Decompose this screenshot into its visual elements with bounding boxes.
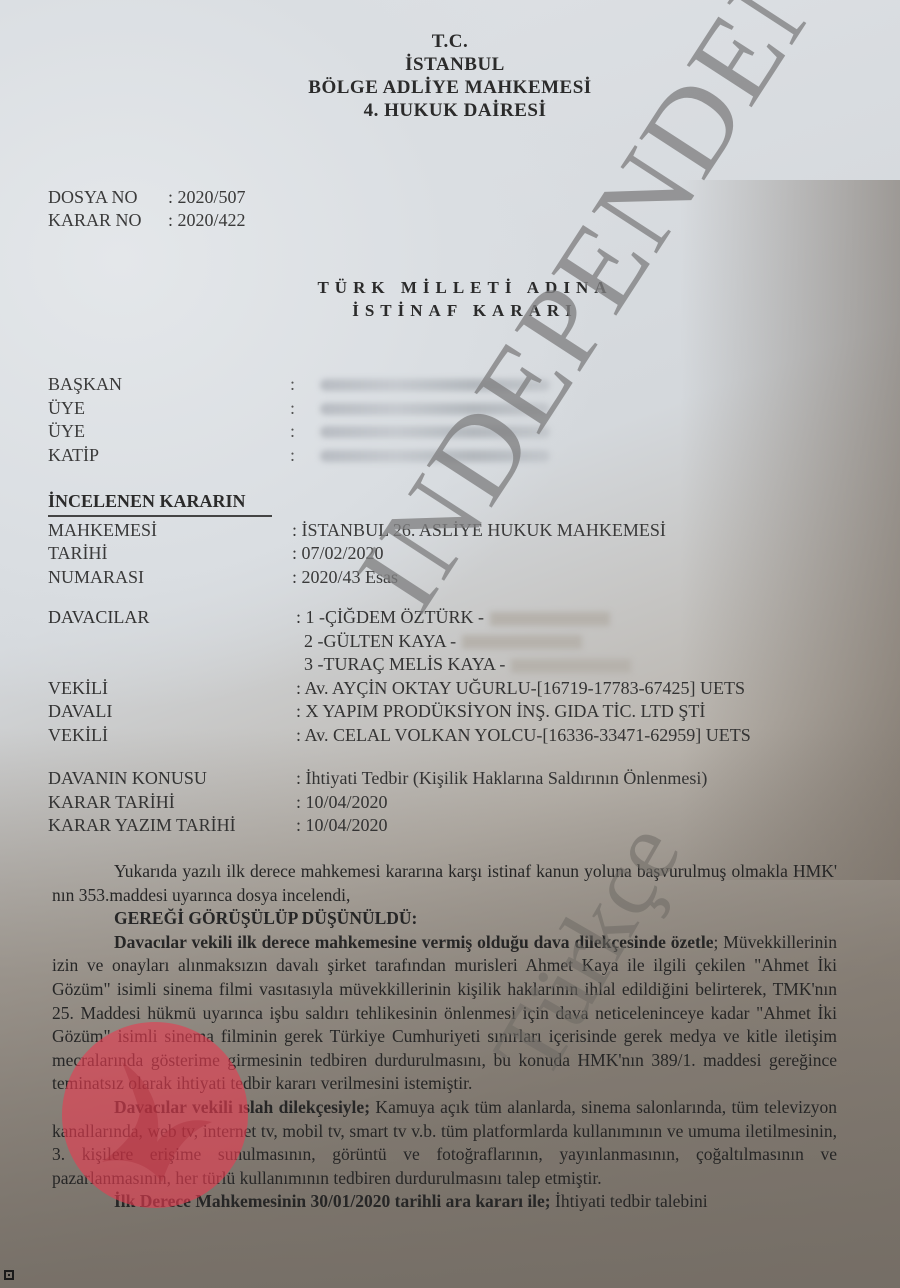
file-no-value: : 2020/507	[168, 186, 246, 209]
subject-row: KARAR TARİHİ : 10/04/2020	[48, 791, 707, 815]
paragraph-lead: Davacılar vekili ıslah dilekçesiyle;	[114, 1097, 370, 1117]
plaintiff-1: : 1 -ÇİĞDEM ÖZTÜRK -	[296, 606, 610, 630]
title-line-1: TÜRK MİLLETİ ADINA	[30, 276, 900, 299]
redacted-id	[462, 635, 582, 649]
panel-label: BAŞKAN	[48, 373, 290, 397]
body-paragraph-1: Yukarıda yazılı ilk derece mahkemesi kar…	[52, 860, 837, 907]
subject-label: KARAR YAZIM TARİHİ	[48, 814, 296, 838]
qr-corner-icon	[4, 1270, 14, 1280]
reviewed-label: TARİHİ	[48, 542, 292, 566]
reviewed-label: MAHKEMESİ	[48, 519, 292, 543]
reviewed-heading: İNCELENEN KARARIN	[48, 490, 272, 517]
plaintiffs-row: 2 -GÜLTEN KAYA -	[48, 630, 751, 654]
reviewed-row: MAHKEMESİ : İSTANBUL 26. ASLİYE HUKUK MA…	[48, 519, 666, 543]
redacted-name	[320, 403, 550, 415]
reviewed-row: TARİHİ : 07/02/2020	[48, 542, 666, 566]
plaintiff-name: 3 -TURAÇ MELİS KAYA -	[304, 654, 505, 674]
subject-row: KARAR YAZIM TARİHİ : 10/04/2020	[48, 814, 707, 838]
decision-title: TÜRK MİLLETİ ADINA İSTİNAF KARARI	[0, 276, 900, 322]
party-row: DAVALI : X YAPIM PRODÜKSİYON İNŞ. GIDA T…	[48, 700, 751, 724]
paragraph-lead: İlk Derece Mahkemesinin 30/01/2020 tarih…	[114, 1191, 551, 1211]
panel-colon: :	[290, 397, 320, 421]
paragraph-text: ; Müvekkillerinin izin ve onayları alınm…	[52, 932, 837, 1094]
subject-value: : 10/04/2020	[296, 791, 388, 815]
panel-label: ÜYE	[48, 420, 290, 444]
panel-row: ÜYE :	[48, 420, 550, 444]
panel-label: ÜYE	[48, 397, 290, 421]
plaintiff-3: 3 -TURAÇ MELİS KAYA -	[296, 653, 631, 677]
plaintiff-name: : 1 -ÇİĞDEM ÖZTÜRK -	[296, 607, 484, 627]
paragraph-text: İhtiyati tedbir talebini	[551, 1191, 708, 1211]
body-heading: GEREĞİ GÖRÜŞÜLÜP DÜŞÜNÜLDÜ:	[52, 907, 837, 931]
panel-colon: :	[290, 420, 320, 444]
panel-colon: :	[290, 444, 320, 468]
party-label: VEKİLİ	[48, 677, 296, 701]
file-info: DOSYA NO : 2020/507 KARAR NO : 2020/422	[48, 186, 246, 232]
party-label: VEKİLİ	[48, 724, 296, 748]
title-line-2: İSTİNAF KARARI	[30, 299, 900, 322]
reviewed-decision: İNCELENEN KARARIN MAHKEMESİ : İSTANBUL 2…	[48, 490, 666, 589]
panel-row: BAŞKAN :	[48, 373, 550, 397]
party-row: VEKİLİ : Av. CELAL VOLKAN YOLCU-[16336-3…	[48, 724, 751, 748]
decision-body: Yukarıda yazılı ilk derece mahkemesi kar…	[52, 860, 837, 1214]
subject-label: DAVANIN KONUSU	[48, 767, 296, 791]
plaintiffs-label: DAVACILAR	[48, 606, 296, 630]
subject-row: DAVANIN KONUSU : İhtiyati Tedbir (Kişili…	[48, 767, 707, 791]
redacted-id	[490, 612, 610, 626]
subject-value: : İhtiyati Tedbir (Kişilik Haklarına Sal…	[296, 767, 707, 791]
file-no-row: DOSYA NO : 2020/507	[48, 186, 246, 209]
plaintiff-name: 2 -GÜLTEN KAYA -	[304, 631, 456, 651]
decision-no-label: KARAR NO	[48, 209, 168, 232]
plaintiff-2: 2 -GÜLTEN KAYA -	[296, 630, 582, 654]
redacted-name	[320, 450, 550, 462]
party-label: DAVALI	[48, 700, 296, 724]
panel-colon: :	[290, 373, 320, 397]
header-line-4: 4. HUKUK DAİRESİ	[10, 99, 900, 122]
redacted-id	[511, 659, 631, 673]
paragraph-lead: Davacılar vekili ilk derece mahkemesine …	[114, 932, 714, 952]
reviewed-value: : 2020/43 Esas	[292, 566, 398, 590]
court-header: T.C. İSTANBUL BÖLGE ADLİYE MAHKEMESİ 4. …	[0, 30, 900, 122]
header-line-2: İSTANBUL	[10, 53, 900, 76]
header-line-1: T.C.	[0, 30, 900, 53]
panel-row: ÜYE :	[48, 397, 550, 421]
body-paragraph-3: Davacılar vekili ıslah dilekçesiyle; Kam…	[52, 1096, 837, 1190]
judicial-panel: BAŞKAN : ÜYE : ÜYE : KATİP :	[48, 373, 550, 467]
party-value: : X YAPIM PRODÜKSİYON İNŞ. GIDA TİC. LTD…	[296, 700, 705, 724]
plaintiffs-row: DAVACILAR : 1 -ÇİĞDEM ÖZTÜRK -	[48, 606, 751, 630]
party-value: : Av. AYÇİN OKTAY UĞURLU-[16719-17783-67…	[296, 677, 745, 701]
case-subject: DAVANIN KONUSU : İhtiyati Tedbir (Kişili…	[48, 767, 707, 838]
body-paragraph-2: Davacılar vekili ilk derece mahkemesine …	[52, 931, 837, 1096]
party-row: VEKİLİ : Av. AYÇİN OKTAY UĞURLU-[16719-1…	[48, 677, 751, 701]
subject-label: KARAR TARİHİ	[48, 791, 296, 815]
decision-no-value: : 2020/422	[168, 209, 246, 232]
reviewed-label: NUMARASI	[48, 566, 292, 590]
header-line-3: BÖLGE ADLİYE MAHKEMESİ	[0, 76, 900, 99]
reviewed-value: : 07/02/2020	[292, 542, 384, 566]
parties: DAVACILAR : 1 -ÇİĞDEM ÖZTÜRK - 2 -GÜLTEN…	[48, 606, 751, 747]
redacted-name	[320, 379, 550, 391]
panel-row: KATİP :	[48, 444, 550, 468]
body-paragraph-4: İlk Derece Mahkemesinin 30/01/2020 tarih…	[52, 1190, 837, 1214]
reviewed-row: NUMARASI : 2020/43 Esas	[48, 566, 666, 590]
file-no-label: DOSYA NO	[48, 186, 168, 209]
party-value: : Av. CELAL VOLKAN YOLCU-[16336-33471-62…	[296, 724, 751, 748]
reviewed-value: : İSTANBUL 26. ASLİYE HUKUK MAHKEMESİ	[292, 519, 666, 543]
subject-value: : 10/04/2020	[296, 814, 388, 838]
panel-label: KATİP	[48, 444, 290, 468]
redacted-name	[320, 426, 550, 438]
decision-no-row: KARAR NO : 2020/422	[48, 209, 246, 232]
plaintiffs-row: 3 -TURAÇ MELİS KAYA -	[48, 653, 751, 677]
